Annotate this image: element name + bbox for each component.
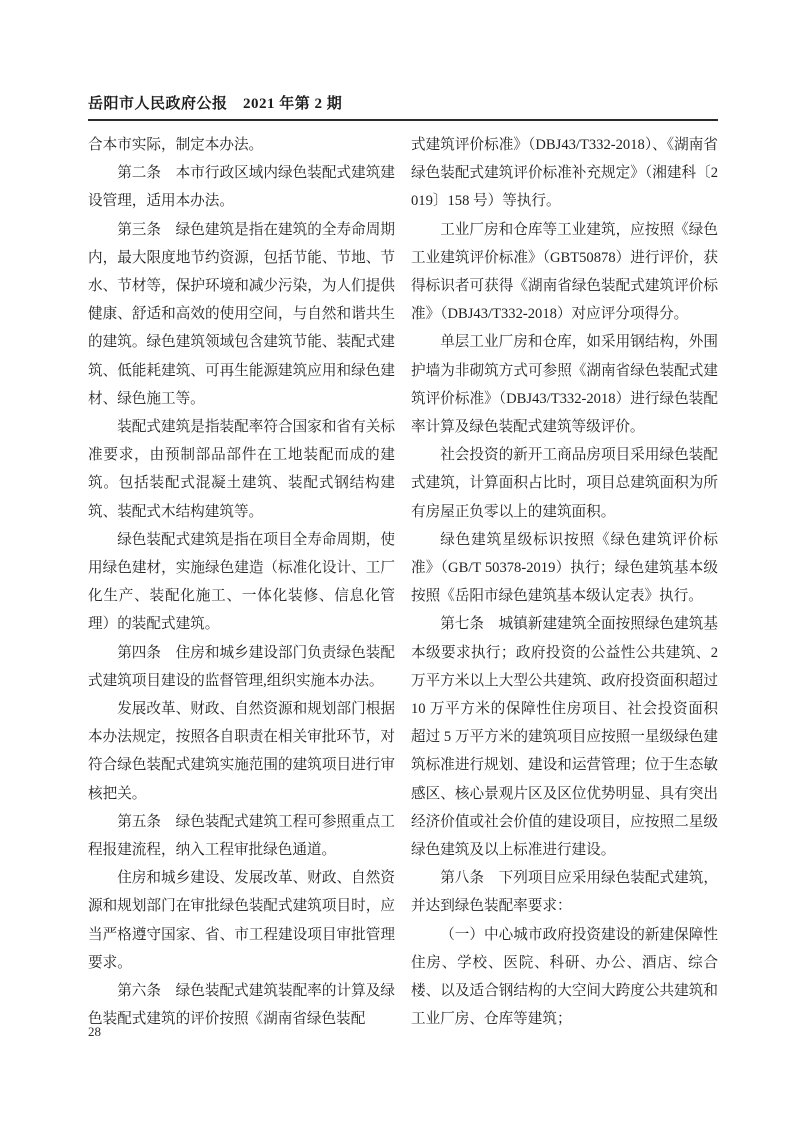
- paragraph: 第六条 绿色装配式建筑装配率的计算及绿色装配式建筑的评价按照《湖南省绿色装配: [88, 977, 395, 1033]
- left-column: 合本市实际，制定本办法。第二条 本市行政区域内绿色装配式建筑建设管理，适用本办法…: [88, 131, 395, 1034]
- paragraph: 工业厂房和仓库等工业建筑，应按照《绿色工业建筑评价标准》（GBT50878）进行…: [411, 216, 718, 329]
- paragraph: 合本市实际，制定本办法。: [88, 131, 395, 159]
- page-header: 岳阳市人民政府公报 2021 年第 2 期: [88, 92, 718, 113]
- paragraph: 绿色装配式建筑是指在项目全寿命周期，使用绿色建材，实施绿色建造（标准化设计、工厂…: [88, 526, 395, 639]
- page-number: 28: [88, 1024, 101, 1040]
- paragraph: 第五条 绿色装配式建筑工程可参照重点工程报建流程，纳入工程审批绿色通道。: [88, 808, 395, 864]
- paragraph: 式建筑评价标准》（DBJ43/T332-2018）、《湖南省绿色装配式建筑评价标…: [411, 131, 718, 216]
- paragraph: 单层工业厂房和仓库，如采用钢结构，外围护墙为非砌筑方式可参照《湖南省绿色装配式建…: [411, 328, 718, 441]
- paragraph: 社会投资的新开工商品房项目采用绿色装配式建筑，计算面积占比时，项目总建筑面积为所…: [411, 441, 718, 526]
- paragraph: 绿色建筑星级标识按照《绿色建筑评价标准》（GB/T 50378-2019）执行；…: [411, 526, 718, 611]
- paragraph: 第七条 城镇新建建筑全面按照绿色建筑基本级要求执行；政府投资的公益性公共建筑、2…: [411, 610, 718, 864]
- content-columns: 合本市实际，制定本办法。第二条 本市行政区域内绿色装配式建筑建设管理，适用本办法…: [88, 131, 718, 1034]
- paragraph: （一）中心城市政府投资建设的新建保障性住房、学校、医院、科研、办公、酒店、综合楼…: [411, 921, 718, 1034]
- paragraph: 住房和城乡建设、发展改革、财政、自然资源和规划部门在审批绿色装配式建筑项目时，应…: [88, 864, 395, 977]
- gazette-page: 岳阳市人民政府公报 2021 年第 2 期 合本市实际，制定本办法。第二条 本市…: [0, 0, 793, 1122]
- gazette-title: 岳阳市人民政府公报 2021 年第 2 期: [88, 96, 342, 112]
- paragraph: 第二条 本市行政区域内绿色装配式建筑建设管理，适用本办法。: [88, 159, 395, 215]
- paragraph: 第八条 下列项目应采用绿色装配式建筑，并达到绿色装配率要求：: [411, 864, 718, 920]
- paragraph: 第四条 住房和城乡建设部门负责绿色装配式建筑项目建设的监督管理,组织实施本办法。: [88, 639, 395, 695]
- right-column: 式建筑评价标准》（DBJ43/T332-2018）、《湖南省绿色装配式建筑评价标…: [411, 131, 718, 1034]
- paragraph: 第三条 绿色建筑是指在建筑的全寿命周期内，最大限度地节约资源，包括节能、节地、节…: [88, 216, 395, 413]
- header-divider: [88, 119, 718, 121]
- paragraph: 装配式建筑是指装配率符合国家和省有关标准要求，由预制部品部件在工地装配而成的建筑…: [88, 413, 395, 526]
- paragraph: 发展改革、财政、自然资源和规划部门根据本办法规定，按照各自职责在相关审批环节，对…: [88, 695, 395, 808]
